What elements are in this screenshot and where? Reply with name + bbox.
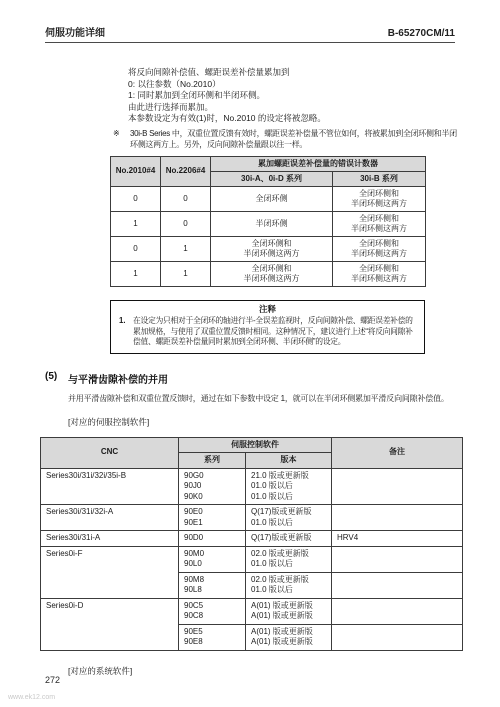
series-cell: 90E0 90E1 <box>179 505 246 531</box>
table-row: Series30i/31i-A 90D0 Q(17)版或更新版 HRV4 <box>41 531 463 547</box>
bit-value-cell: 0 <box>111 186 161 211</box>
intro-line: 0: 以往参数（No.2010） <box>128 79 460 91</box>
series-cell: 90M8 90L8 <box>179 572 246 598</box>
param-2206-header: No.2206#4 <box>161 156 211 186</box>
bit-value-cell: 1 <box>161 236 211 261</box>
group-header: 累加螺距误差补偿量的错误计数器 <box>211 156 426 171</box>
table-header-row: No.2010#4 No.2206#4 累加螺距误差补偿量的错误计数器 <box>111 156 426 171</box>
manual-page: 伺服功能详细 B-65270CM/11 将反向间隙补偿值、螺距误差补偿量累加到 … <box>0 0 500 707</box>
cnc-cell: Series30i/31i-A <box>41 531 179 547</box>
table-header-row: CNC 伺服控制软件 备注 <box>41 437 463 453</box>
version-cell: Q(17)版或更新版 <box>246 531 332 547</box>
version-cell: 02.0 版或更新版 01.0 版以后 <box>246 546 332 572</box>
bit-value-cell: 0 <box>161 211 211 236</box>
table-row: Series0i-D 90C5 90C8 A(01) 版或更新版 A(01) 版… <box>41 598 463 624</box>
system-software-label: [对应的系统软件] <box>68 665 500 677</box>
cnc-cell: Series0i-F <box>41 546 179 598</box>
intro-line: 由此进行选择而累加。 <box>128 102 460 114</box>
remark-cell <box>332 505 463 531</box>
intro-paragraph: 将反向间隙补偿值、螺距误差补偿量累加到 0: 以往参数（No.2010） 1: … <box>128 67 460 125</box>
note-item: 1. 在设定为只相对于全闭环的轴进行半-全误差监视时，反向间隙补偿、螺距误差补偿… <box>119 316 416 348</box>
table-row: 1 1 全闭环侧和 半闭环侧这两方 全闭环侧和 半闭环侧这两方 <box>111 261 426 286</box>
loop-side-cell: 全闭环侧和 半闭环侧这两方 <box>333 186 426 211</box>
reference-remark: ※ 30i-B Series 中，双重位置反馈有效时，螺距误差补偿量不管位如何，… <box>113 128 458 150</box>
series-cell: 90E5 90E8 <box>179 624 246 650</box>
reference-mark-icon: ※ <box>113 128 130 150</box>
remark-cell <box>332 546 463 572</box>
servo-software-table: CNC 伺服控制软件 备注 系列 版本 Series30i/31i/32i/35… <box>40 437 463 651</box>
loop-side-cell: 全闭环侧和 半闭环侧这两方 <box>211 236 333 261</box>
param-2010-header: No.2010#4 <box>111 156 161 186</box>
bit-value-cell: 0 <box>161 186 211 211</box>
remark-cell <box>332 598 463 624</box>
section-paragraph: 并用平滑齿隙补偿和双重位置反馈时，通过在如下参数中设定 1，就可以在半闭环侧累加… <box>68 393 468 404</box>
intro-line: 本参数设定为有效(1)时，No.2010 的设定将被忽略。 <box>128 113 460 125</box>
note-title: 注释 <box>119 304 416 315</box>
remark-cell <box>332 572 463 598</box>
version-cell: A(01) 版或更新版 A(01) 版或更新版 <box>246 624 332 650</box>
bit-value-cell: 1 <box>161 261 211 286</box>
remarks-header: 备注 <box>332 437 463 468</box>
error-counter-table: No.2010#4 No.2206#4 累加螺距误差补偿量的错误计数器 30i-… <box>110 156 426 287</box>
note-box: 注释 1. 在设定为只相对于全闭环的轴进行半-全误差监视时，反向间隙补偿、螺距误… <box>110 300 425 354</box>
version-cell: 02.0 版或更新版 01.0 版以后 <box>246 572 332 598</box>
bit-value-cell: 0 <box>111 236 161 261</box>
note-item-text: 在设定为只相对于全闭环的轴进行半-全误差监视时，反向间隙补偿、螺距误差补偿的累加… <box>133 316 416 348</box>
table-row: 0 1 全闭环侧和 半闭环侧这两方 全闭环侧和 半闭环侧这两方 <box>111 236 426 261</box>
note-item-number: 1. <box>119 316 133 348</box>
series-cell: 90G0 90J0 90K0 <box>179 468 246 505</box>
remark-cell <box>332 624 463 650</box>
running-header: 伺服功能详细 B-65270CM/11 <box>45 0 455 43</box>
version-cell: Q(17)版或更新版 01.0 版以后 <box>246 505 332 531</box>
table-row: 0 0 全闭环侧 全闭环侧和 半闭环侧这两方 <box>111 186 426 211</box>
section-title: 与平滑齿隙补偿的并用 <box>68 371 168 386</box>
page-number: 272 <box>45 675 60 685</box>
loop-side-cell: 全闭环侧和 半闭环侧这两方 <box>333 261 426 286</box>
table-row: 1 0 半闭环侧 全闭环侧和 半闭环侧这两方 <box>111 211 426 236</box>
table-row: Series0i-F 90M0 90L0 02.0 版或更新版 01.0 版以后 <box>41 546 463 572</box>
remark-cell <box>332 468 463 505</box>
cnc-header: CNC <box>41 437 179 468</box>
cnc-cell: Series30i/31i/32i-A <box>41 505 179 531</box>
table-row: Series30i/31i/32i-A 90E0 90E1 Q(17)版或更新版… <box>41 505 463 531</box>
cnc-cell: Series0i-D <box>41 598 179 650</box>
loop-side-cell: 全闭环侧和 半闭环侧这两方 <box>211 261 333 286</box>
section-number: (5) <box>45 371 68 386</box>
series-30ib-header: 30i-B 系列 <box>333 171 426 186</box>
reference-remark-text: 30i-B Series 中，双重位置反馈有效时，螺距误差补偿量不管位如何，将被… <box>130 128 458 150</box>
bit-value-cell: 1 <box>111 261 161 286</box>
loop-side-cell: 全闭环侧和 半闭环侧这两方 <box>333 236 426 261</box>
series-cell: 90C5 90C8 <box>179 598 246 624</box>
version-header: 版本 <box>246 453 332 469</box>
header-doc-number: B-65270CM/11 <box>388 28 455 39</box>
version-cell: A(01) 版或更新版 A(01) 版或更新版 <box>246 598 332 624</box>
series-cell: 90M0 90L0 <box>179 546 246 572</box>
section-heading: (5) 与平滑齿隙补偿的并用 <box>45 371 500 386</box>
intro-line: 1: 同时累加到全闭环侧和半闭环侧。 <box>128 90 460 102</box>
servo-software-label: [对应的伺服控制软件] <box>68 416 500 428</box>
cnc-cell: Series30i/31i/32i/35i-B <box>41 468 179 505</box>
intro-line: 将反向间隙补偿值、螺距误差补偿量累加到 <box>128 67 460 79</box>
header-chapter-title: 伺服功能详细 <box>45 24 105 39</box>
loop-side-cell: 半闭环侧 <box>211 211 333 236</box>
servo-software-group-header: 伺服控制软件 <box>179 437 332 453</box>
watermark: www.ek12.com <box>8 694 55 701</box>
series-header: 系列 <box>179 453 246 469</box>
series-30ia-header: 30i-A、0i-D 系列 <box>211 171 333 186</box>
bit-value-cell: 1 <box>111 211 161 236</box>
remark-cell: HRV4 <box>332 531 463 547</box>
table-row: Series30i/31i/32i/35i-B 90G0 90J0 90K0 2… <box>41 468 463 505</box>
loop-side-cell: 全闭环侧 <box>211 186 333 211</box>
version-cell: 21.0 版或更新版 01.0 版以后 01.0 版以后 <box>246 468 332 505</box>
series-cell: 90D0 <box>179 531 246 547</box>
loop-side-cell: 全闭环侧和 半闭环侧这两方 <box>333 211 426 236</box>
